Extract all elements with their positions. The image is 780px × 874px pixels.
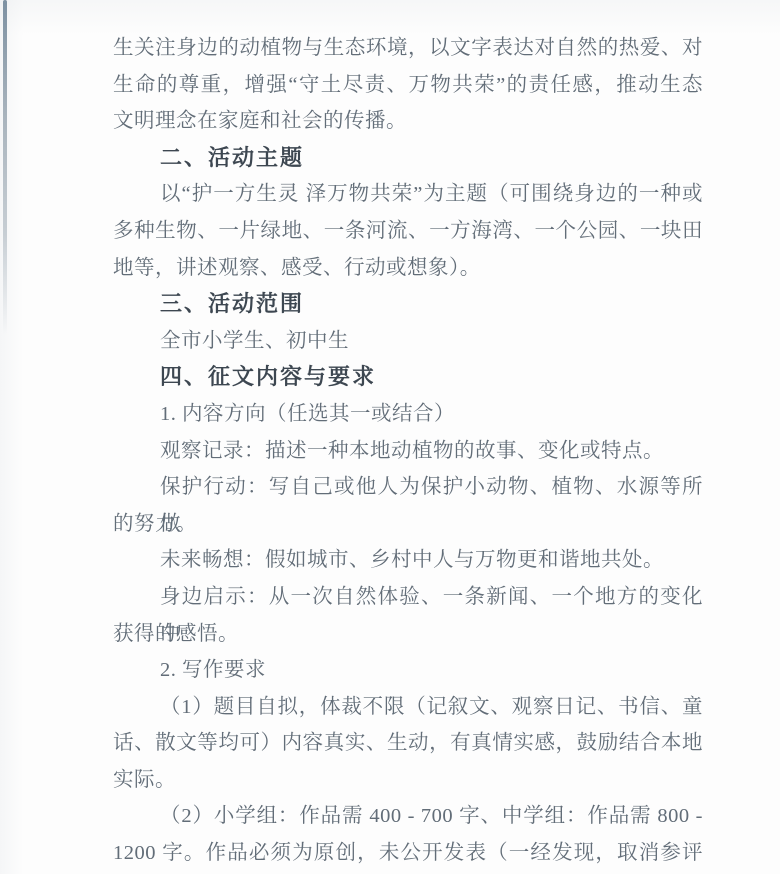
section-heading-essay-requirements: 四、征文内容与要求: [113, 359, 703, 396]
scan-edge-artifact: [3, 0, 7, 335]
body-line: 保护行动：写自己或他人为保护小动物、植物、水源等所做: [113, 469, 703, 506]
body-line: 未来畅想：假如城市、乡村中人与万物更和谐地共处。: [113, 542, 703, 579]
body-line: 获得的感悟。: [113, 616, 703, 653]
body-line: 1. 内容方向（任选其一或结合）: [113, 396, 703, 433]
section-heading-activity-theme: 二、活动主题: [113, 140, 703, 177]
body-line: 观察记录：描述一种本地动植物的故事、变化或特点。: [113, 433, 703, 470]
body-line: 话、散文等均可）内容真实、生动，有真情实感，鼓励结合本地: [113, 725, 703, 762]
intro-line: 生命的尊重，增强“守土尽责、万物共荣”的责任感，推动生态: [113, 67, 703, 104]
body-line: 1200 字。作品必须为原创，未公开发表（一经发现，取消参评: [113, 835, 703, 872]
section-heading-activity-scope: 三、活动范围: [113, 286, 703, 323]
body-line: 地等，讲述观察、感受、行动或想象）。: [113, 250, 703, 287]
body-line: 的努力。: [113, 506, 703, 543]
scanned-page-background: 生关注身边的动植物与生态环境，以文字表达对自然的热爱、对 生命的尊重，增强“守土…: [0, 0, 780, 874]
intro-line: 生关注身边的动植物与生态环境，以文字表达对自然的热爱、对: [113, 30, 703, 67]
body-line: 2. 写作要求: [113, 652, 703, 689]
body-line: 全市小学生、初中生: [113, 323, 703, 360]
document-body: 生关注身边的动植物与生态环境，以文字表达对自然的热爱、对 生命的尊重，增强“守土…: [113, 30, 703, 872]
body-line: （2）小学组：作品需 400 - 700 字、中学组：作品需 800 -: [113, 798, 703, 835]
body-line: 多种生物、一片绿地、一条河流、一方海湾、一个公园、一块田: [113, 213, 703, 250]
intro-line: 文明理念在家庭和社会的传播。: [113, 103, 703, 140]
body-line: 身边启示：从一次自然体验、一条新闻、一个地方的变化中: [113, 579, 703, 616]
body-line: 以“护一方生灵 泽万物共荣”为主题（可围绕身边的一种或: [113, 176, 703, 213]
body-line: 实际。: [113, 762, 703, 799]
body-line: （1）题目自拟，体裁不限（记叙文、观察日记、书信、童: [113, 689, 703, 726]
